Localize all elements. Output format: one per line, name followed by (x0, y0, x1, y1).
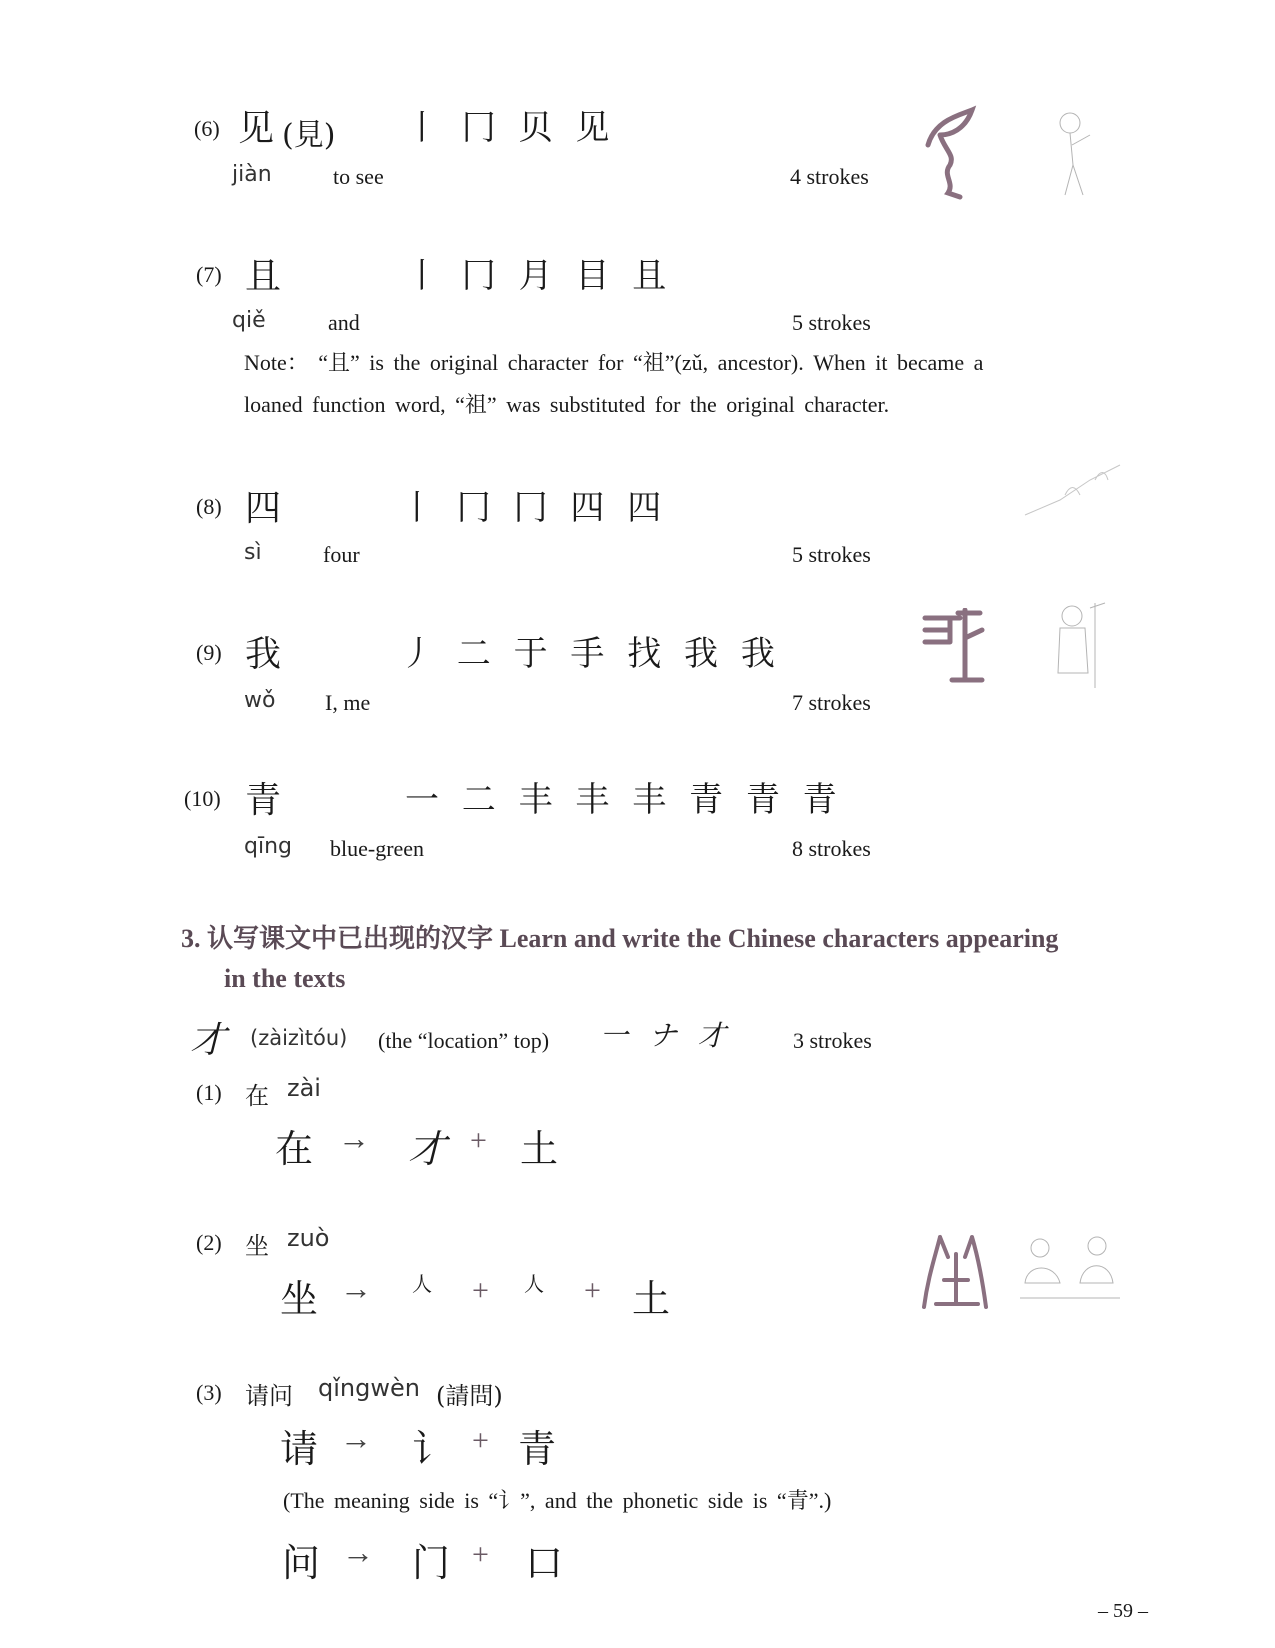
entry-character: 见 (238, 100, 274, 151)
meaning: I, me (325, 690, 370, 716)
radical-stroke-count: 3 strokes (793, 1028, 872, 1054)
stroke-order: 丨 冂 冂 四 四 (400, 480, 667, 529)
plus-icon: + (472, 1424, 489, 1458)
arrow-icon: → (340, 1420, 372, 1457)
drawing-two-people-sitting-image (1015, 1228, 1125, 1308)
traditional-form: (請問) (436, 1376, 503, 1411)
arrow-icon: → (338, 1120, 370, 1157)
item-number: (2) (196, 1230, 222, 1256)
stroke-count: 5 strokes (792, 542, 871, 568)
plus-icon: + (470, 1124, 487, 1158)
stroke-order: 一 二 丰 丰 丰 青 青 青 (405, 772, 843, 821)
meaning: to see (333, 164, 384, 190)
component: 土 (632, 1268, 670, 1323)
arrow-icon: → (342, 1534, 374, 1571)
pinyin: wǒ (244, 688, 275, 713)
stroke-order: 丿 二 于 手 找 我 我 (400, 626, 781, 675)
stroke-count: 5 strokes (792, 310, 871, 336)
pinyin: jiàn (232, 162, 272, 187)
meaning: and (328, 310, 360, 336)
item-number: (1) (196, 1080, 222, 1106)
page-number: – 59 – (1098, 1600, 1148, 1623)
drawing-person-looking-image (1045, 105, 1105, 200)
pinyin: qiě (232, 308, 266, 333)
entry-number: (10) (184, 786, 221, 812)
plus-icon: + (472, 1274, 489, 1308)
component: 人 (412, 1268, 432, 1297)
item-pinyin: qǐngwèn (318, 1374, 420, 1402)
section-heading-line-1: 3. 认写课文中已出现的汉字 Learn and write the Chine… (181, 918, 1058, 955)
stroke-count: 4 strokes (790, 164, 869, 190)
radical-stroke-order: 一 ナ 才 (600, 1014, 732, 1054)
drawing-person-with-weapon-image (1050, 598, 1110, 693)
whole-character: 请 (280, 1418, 318, 1473)
drawing-people-sketch-image (1020, 455, 1125, 530)
radical-description: (the “location” top) (378, 1028, 549, 1054)
meaning: blue-green (330, 836, 424, 862)
component: 青 (518, 1418, 556, 1473)
radical-pinyin: (zàizìtóu) (250, 1026, 347, 1050)
oracle-bone-jian-image (920, 105, 980, 200)
oracle-bone-wo-image (920, 608, 990, 688)
entry-number: (6) (194, 116, 220, 142)
plus-icon: + (472, 1538, 489, 1572)
stroke-count: 8 strokes (792, 836, 871, 862)
section-heading-line-2: in the texts (224, 964, 345, 994)
explanation: (The meaning side is “讠”, and the phonet… (283, 1484, 831, 1515)
arrow-icon: → (340, 1270, 372, 1307)
radical-character: 才 (190, 1012, 226, 1063)
whole-character: 在 (275, 1118, 313, 1173)
oracle-bone-zuo-image (920, 1232, 990, 1312)
meaning: four (323, 542, 360, 568)
entry-character: 且 (245, 248, 281, 299)
component: 土 (520, 1118, 558, 1173)
component: 才 (408, 1118, 446, 1173)
traditional-form: (見) (282, 110, 335, 154)
note-line-1: Note： “且” is the original character for … (244, 342, 983, 384)
stroke-count: 7 strokes (792, 690, 871, 716)
whole-character: 坐 (280, 1268, 318, 1323)
component: 门 (412, 1532, 450, 1587)
plus-icon: + (584, 1274, 601, 1308)
component: 讠 (412, 1418, 450, 1473)
note-line-2: loaned function word, “祖” was substitute… (244, 384, 889, 426)
entry-character: 我 (245, 626, 281, 677)
stroke-order: 丨 冂 月 目 且 (405, 248, 672, 297)
item-character: 在 (245, 1076, 269, 1111)
component: 人 (524, 1268, 544, 1297)
component: 口 (525, 1532, 563, 1587)
entry-number: (7) (196, 262, 222, 288)
item-pinyin: zuò (287, 1224, 330, 1252)
entry-character: 青 (245, 772, 281, 823)
item-pinyin: zài (287, 1074, 321, 1102)
whole-character: 问 (282, 1532, 320, 1587)
entry-number: (9) (196, 640, 222, 666)
entry-character: 四 (245, 480, 281, 531)
pinyin: qīng (244, 834, 292, 859)
stroke-order: 丨 冂 贝 见 (405, 100, 615, 149)
item-character: 请问 (245, 1376, 293, 1411)
entry-number: (8) (196, 494, 222, 520)
pinyin: sì (244, 540, 262, 565)
item-character: 坐 (245, 1226, 269, 1261)
item-number: (3) (196, 1380, 222, 1406)
